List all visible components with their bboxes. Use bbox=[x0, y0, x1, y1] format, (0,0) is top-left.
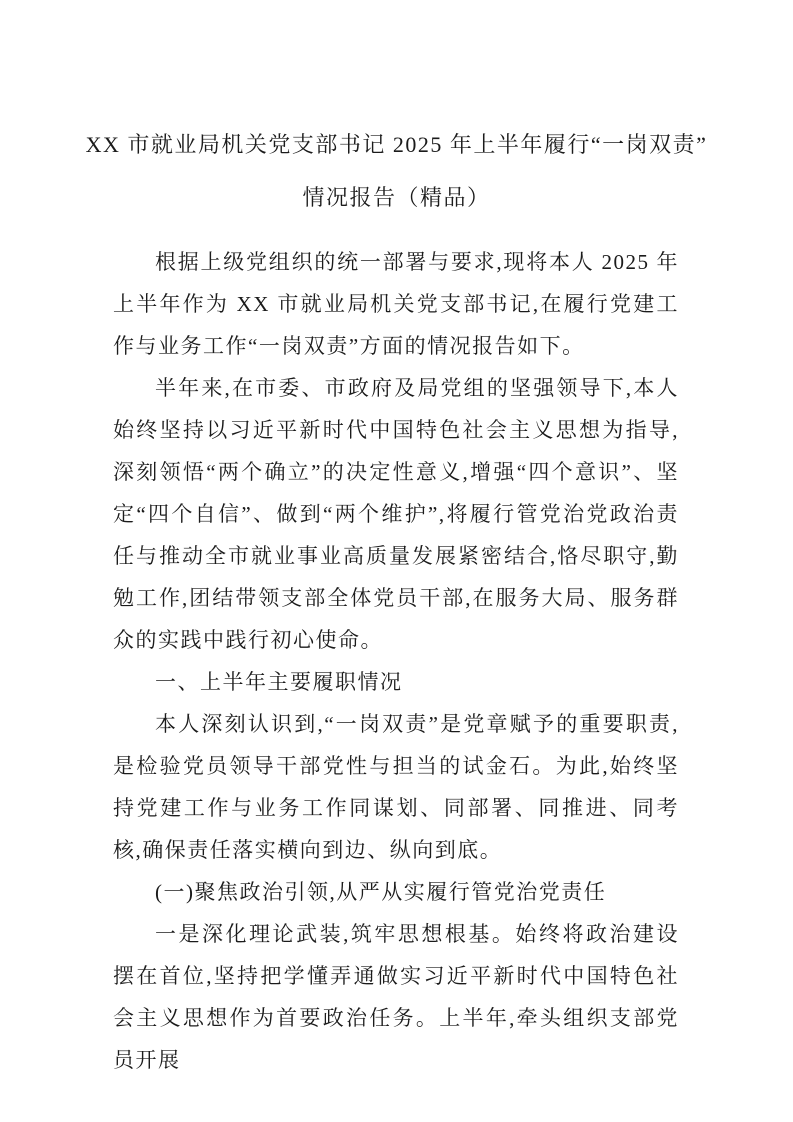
document-page: XX 市就业局机关党支部书记 2025 年上半年履行“一岗双责” 情况报告（精品… bbox=[0, 0, 793, 1122]
section-heading-political-leadership: (一)聚焦政治引领,从严从实履行管党治党责任 bbox=[113, 871, 679, 913]
document-body: 根据上级党组织的统一部署与要求,现将本人 2025 年上半年作为 XX 市就业局… bbox=[113, 241, 679, 1081]
document-title: XX 市就业局机关党支部书记 2025 年上半年履行“一岗双责” 情况报告（精品… bbox=[0, 118, 793, 224]
section-heading-main-duties: 一、上半年主要履职情况 bbox=[113, 661, 679, 703]
paragraph-duty-understanding: 本人深刻认识到,“一岗双责”是党章赋予的重要职责,是检验党员领导干部党性与担当的… bbox=[113, 703, 679, 871]
document-title-line-2: 情况报告（精品） bbox=[0, 171, 793, 224]
paragraph-intro: 根据上级党组织的统一部署与要求,现将本人 2025 年上半年作为 XX 市就业局… bbox=[113, 241, 679, 367]
paragraph-theory-armament: 一是深化理论武装,筑牢思想根基。始终将政治建设摆在首位,坚持把学懂弄通做实习近平… bbox=[113, 913, 679, 1081]
paragraph-overview: 半年来,在市委、市政府及局党组的坚强领导下,本人始终坚持以习近平新时代中国特色社… bbox=[113, 367, 679, 661]
document-title-line-1: XX 市就业局机关党支部书记 2025 年上半年履行“一岗双责” bbox=[0, 118, 793, 171]
